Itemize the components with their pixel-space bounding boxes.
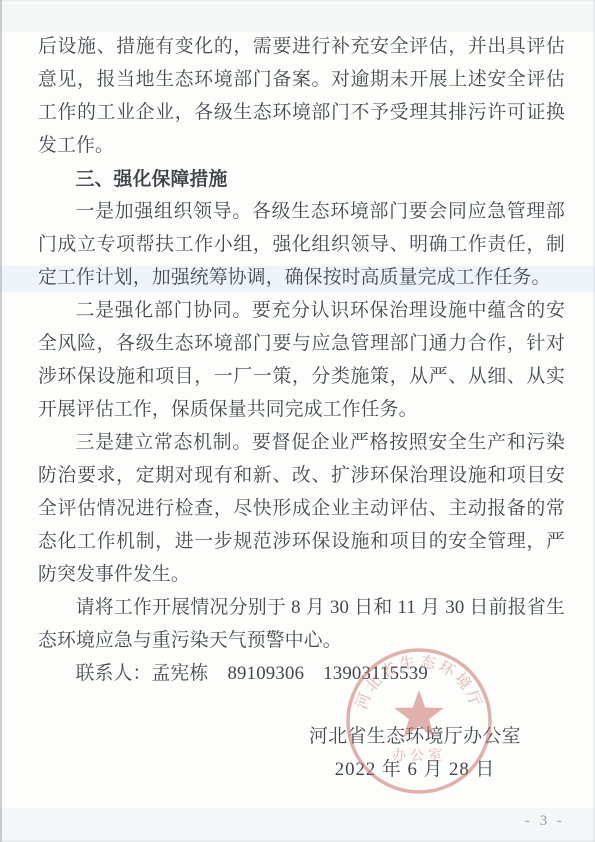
section-heading: 三、强化保障措施 (38, 162, 565, 195)
scanned-document-page: 后设施、措施有变化的，需要进行补充安全评估，并出具评估意见，报当地生态环境部门备… (0, 0, 595, 842)
issue-date: 2022 年 6 月 28 日 (306, 753, 524, 786)
document-body: 后设施、措施有变化的，需要进行补充安全评估，并出具评估意见，报当地生态环境部门备… (38, 30, 565, 690)
scan-artifact (0, 808, 595, 842)
paragraph-report-request: 请将工作开展情况分别于 8 月 30 日和 11 月 30 日前报省生态环境应急… (38, 591, 565, 657)
paragraph-item2: 二是强化部门协同。要充分认识环保治理设施中蕴含的安全风险，各级生态环境部门要与应… (38, 294, 565, 426)
contact-line: 联系人：孟宪栋 89109306 13903115539 (38, 657, 565, 690)
scan-edge (0, 0, 2, 842)
signature-block: 河北省生态环境厅办公室 2022 年 6 月 28 日 (306, 720, 524, 786)
paragraph-item1: 一是加强组织领导。各级生态环境部门要会同应急管理部门成立专项帮扶工作小组，强化组… (38, 195, 565, 294)
issuing-office: 河北省生态环境厅办公室 (306, 720, 524, 753)
paragraph-continuation: 后设施、措施有变化的，需要进行补充安全评估，并出具评估意见，报当地生态环境部门备… (38, 30, 565, 162)
paragraph-item3: 三是建立常态机制。要督促企业严格按照安全生产和污染防治要求，定期对现有和新、改、… (38, 426, 565, 591)
scan-artifact (0, 4, 595, 32)
page-number: - 3 - (525, 813, 565, 830)
